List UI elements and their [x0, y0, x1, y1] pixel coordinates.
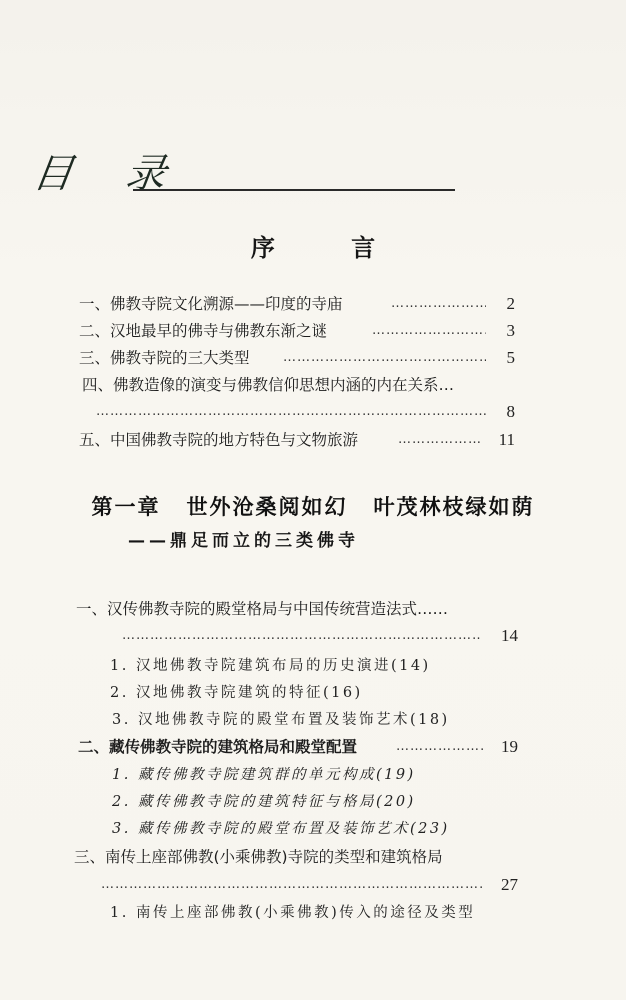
- leader-dots: ……………………………………………………………………………………………………: [101, 873, 484, 897]
- toc-section-continuation[interactable]: …………………………………………………………………………………………………… 1…: [0, 624, 626, 648]
- document-page: 目 录 序 言 一、佛教寺院文化溯源——印度的寺庙 ………………………………………: [0, 0, 626, 1000]
- toc-entry-label: 四、佛教造像的演变与佛教信仰思想内涵的内在关系…: [82, 373, 454, 397]
- leader-dots: ……………………………………………………………………………………………………: [398, 428, 480, 452]
- toc-section-label: 一、汉传佛教寺院的殿堂格局与中国传统营造法式……: [76, 597, 448, 621]
- toc-subitem[interactable]: 3. 汉地佛教寺院的殿堂布置及装饰艺术(18): [112, 708, 450, 732]
- leader-dots: ……………………………………………………………………………………………………: [283, 346, 486, 370]
- toc-section[interactable]: 二、藏传佛教寺院的建筑格局和殿堂配置 …………………………………………………………: [0, 735, 626, 759]
- leader-dots: ……………………………………………………………………………………………………: [96, 400, 486, 424]
- toc-entry-page: 5: [507, 346, 516, 370]
- toc-section-page: 19: [501, 735, 518, 759]
- leader-dots: ……………………………………………………………………………………………………: [396, 735, 484, 759]
- toc-entry-page: 11: [499, 428, 515, 452]
- chapter-title-phrase-2: 叶茂林枝绿如荫: [374, 495, 535, 519]
- toc-section-label: 三、南传上座部佛教(小乘佛教)寺院的类型和建筑格局: [74, 845, 443, 869]
- toc-entry-label: 五、中国佛教寺院的地方特色与文物旅游: [79, 428, 358, 452]
- toc-entry-label: 二、汉地最早的佛寺与佛教东渐之谜: [79, 319, 327, 343]
- toc-entry[interactable]: 二、汉地最早的佛寺与佛教东渐之谜 ………………………………………………………………: [0, 319, 626, 343]
- leader-dots: ……………………………………………………………………………………………………: [122, 624, 482, 648]
- toc-entry-continuation[interactable]: …………………………………………………………………………………………………… 8: [0, 400, 626, 424]
- chapter-subtitle: ——鼎足而立的三类佛寺: [128, 526, 359, 551]
- toc-section-page: 14: [501, 624, 518, 648]
- toc-entry-label: 一、佛教寺院文化溯源——印度的寺庙: [79, 292, 343, 316]
- leader-dots: ……………………………………………………………………………………………………: [372, 319, 486, 343]
- toc-entry-page: 3: [507, 319, 516, 343]
- toc-entry[interactable]: 四、佛教造像的演变与佛教信仰思想内涵的内在关系…: [0, 373, 626, 397]
- toc-subitem[interactable]: 1. 汉地佛教寺院建筑布局的历史演进(14): [110, 654, 431, 678]
- toc-section-page: 27: [501, 873, 518, 897]
- preface-heading: 序 言: [0, 228, 626, 263]
- toc-subitem[interactable]: 2. 藏传佛教寺院的建筑特征与格局(20): [112, 790, 416, 814]
- leader-dots: ……………………………………………………………………………………………………: [391, 292, 486, 316]
- title-underline: [133, 189, 455, 191]
- chapter-number: 第一章: [92, 495, 161, 519]
- toc-section[interactable]: 三、南传上座部佛教(小乘佛教)寺院的类型和建筑格局: [0, 845, 626, 869]
- chapter-title: 第一章世外沧桑阅如幻叶茂林枝绿如荫: [0, 491, 626, 521]
- toc-entry[interactable]: 三、佛教寺院的三大类型 ……………………………………………………………………………: [0, 346, 626, 370]
- toc-section-label: 二、藏传佛教寺院的建筑格局和殿堂配置: [78, 735, 357, 759]
- toc-subitem[interactable]: 3. 藏传佛教寺院的殿堂布置及装饰艺术(23): [112, 817, 450, 841]
- toc-section-continuation[interactable]: …………………………………………………………………………………………………… 2…: [0, 873, 626, 897]
- toc-entry-page: 8: [507, 400, 516, 424]
- toc-subitem[interactable]: 2. 汉地佛教寺院建筑的特征(16): [110, 681, 363, 705]
- toc-entry[interactable]: 五、中国佛教寺院的地方特色与文物旅游 …………………………………………………………: [0, 428, 626, 452]
- toc-entry[interactable]: 一、佛教寺院文化溯源——印度的寺庙 ……………………………………………………………: [0, 292, 626, 316]
- toc-entry-page: 2: [507, 292, 516, 316]
- toc-subitem[interactable]: 1. 南传上座部佛教(小乘佛教)传入的途径及类型: [110, 901, 475, 925]
- toc-entry-label: 三、佛教寺院的三大类型: [79, 346, 250, 370]
- chapter-title-phrase-1: 世外沧桑阅如幻: [187, 495, 348, 519]
- toc-section[interactable]: 一、汉传佛教寺院的殿堂格局与中国传统营造法式……: [0, 597, 626, 621]
- toc-subitem[interactable]: 1. 藏传佛教寺院建筑群的单元构成(19): [112, 763, 416, 787]
